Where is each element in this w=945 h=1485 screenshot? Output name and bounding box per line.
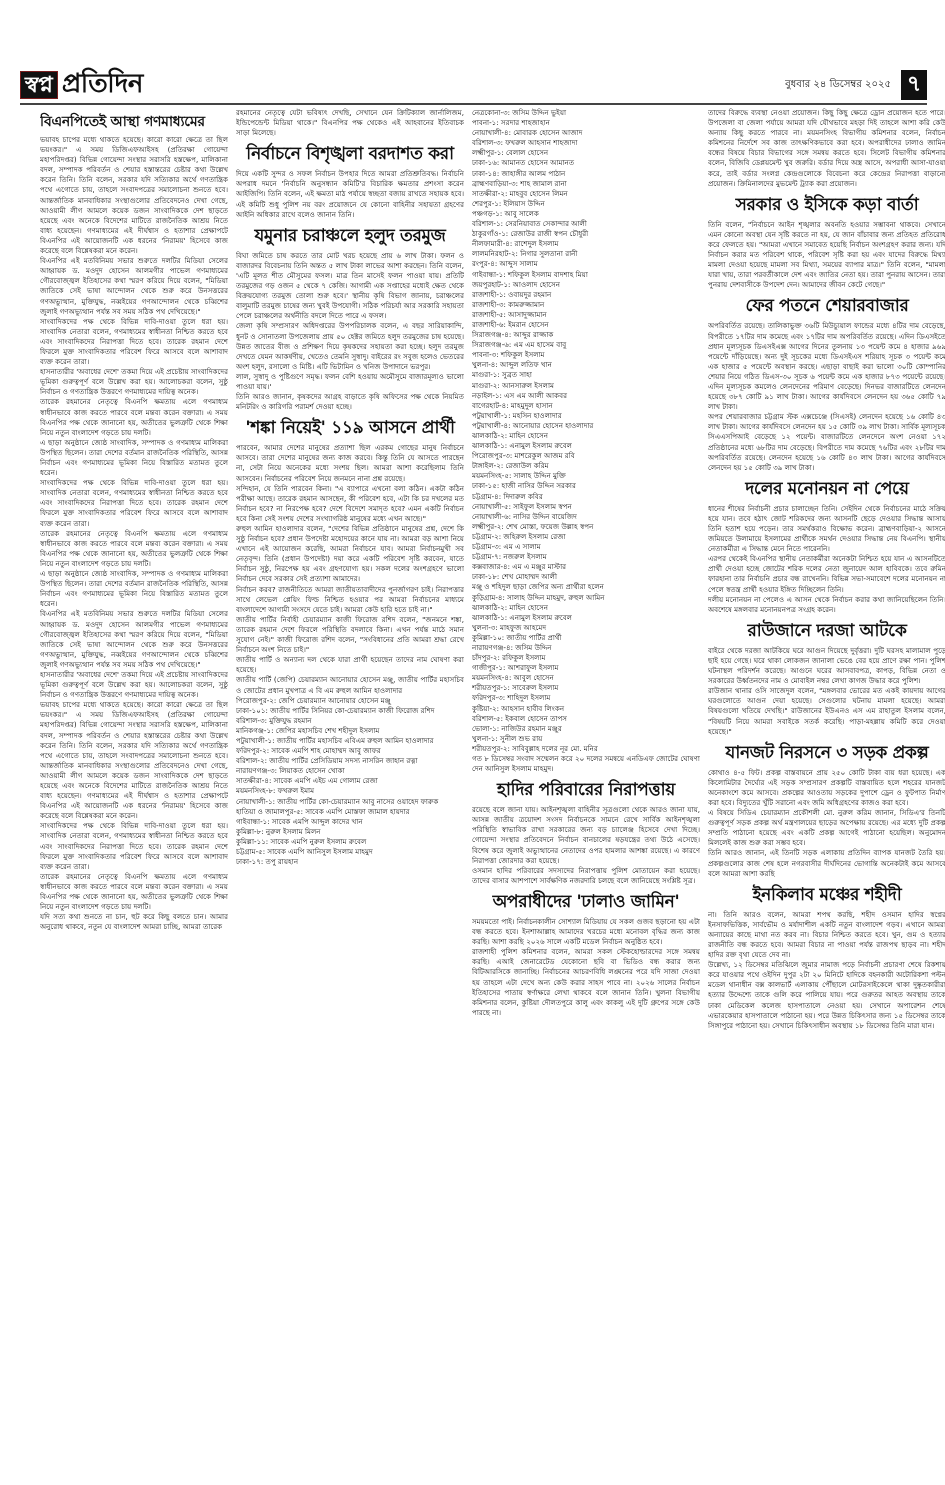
candidate-entry: পটুয়াখালী-৪: আনোয়ার হোসেন হাওলাদার bbox=[472, 421, 700, 431]
candidate-entry: গাইবান্ধা-১: শফিকুল ইসলাম বাদশাহ মিয়া bbox=[472, 270, 700, 280]
article-paragraph: গত ৮ ডিসেম্বর সংবাদ সম্মেলন করে ২০ দলের … bbox=[472, 754, 700, 774]
candidate-entry: কুমিল্লা-৮: নুরুল ইসলাম মিলন bbox=[236, 827, 464, 837]
candidate-entry: কক্সবাজার-৪: এম এ মঞ্জুর মাস্টার bbox=[472, 562, 700, 572]
candidate-entry: রাজশাহী-৫: আসাদুজ্জামান bbox=[472, 310, 700, 320]
candidate-entry: চট্টগ্রাম-৭: নজরুল ইসলাম bbox=[472, 552, 700, 562]
candidate-entry: সিরাজগঞ্জ-৪: আব্দুর রাজ্জাক bbox=[472, 330, 700, 340]
headline-raozan: রাউজানে দরজা আটকে bbox=[708, 619, 945, 643]
candidate-entry: মঞ্জু ও শহিদুল ছাড়া জেপির অন্য প্রার্থী… bbox=[472, 582, 700, 592]
candidate-entry: ঠাকুরগাঁও-১: রেজাউর রাজী স্বপন চৌধুরী bbox=[472, 229, 700, 239]
candidate-entry: পটুয়াখালী-১: মহসিন হাওলাদার bbox=[472, 411, 700, 421]
article-paragraph: বাইরে থেকে দরজা আটকিয়ে ঘরে আগুন দিয়েছে… bbox=[708, 646, 945, 686]
candidate-entry: বাগেরহাট-৪: মাহমুদুল হাসান bbox=[472, 401, 700, 411]
article-paragraph: তারেক রহমানের নেতৃত্বে বিএনপি ক্ষমতায় এ… bbox=[40, 397, 228, 437]
article-paragraph: তারেক রহমানের নেতৃত্বে বিএনপি ক্ষমতায় এ… bbox=[40, 529, 228, 569]
headline-inqilab-mancha: ইনকিলাব মঞ্চের শহীদী bbox=[708, 883, 945, 907]
article-paragraph: হাসনাতারীর 'অবাধের দেশে' তকমা দিয়ে এই প… bbox=[40, 670, 228, 700]
article-paragraph: রয়েছে বলে জানা যায়। আইনশৃঙ্খলা বাহিনীর… bbox=[472, 805, 700, 866]
candidate-entry: ফরিদপুর-২: সাবেক এমপি শাহ মোহাম্মদ আবু জ… bbox=[236, 746, 464, 756]
candidate-entry: শরীয়তপুর-১: সাবেরুল ইসলাম bbox=[472, 683, 700, 693]
headline-hadi-family-security: হাদির পরিবারের নিরাপত্তায় bbox=[472, 778, 700, 802]
candidate-entry: রাজশাহী-১: ওবায়দুর রহমান bbox=[472, 290, 700, 300]
article-paragraph: ভয়াবহ চাপের মধ্যে থাকতে হয়েছে। কারো কা… bbox=[40, 700, 228, 821]
article-paragraph: বিএনপির এই মতবিনিময় সভার শুরুতে দলটির ম… bbox=[40, 609, 228, 670]
candidate-entry: মানিকগঞ্জ-১: জেপির মহাসচিব শেখ শহীদুল ইস… bbox=[236, 726, 464, 736]
candidate-entry: নেত্রকোনা-৩: জসিম উদ্দিন ভুইয়া bbox=[472, 108, 700, 118]
candidate-entry: ঢাকা-১৮: শেখ মোহাম্মদ আলী bbox=[472, 572, 700, 582]
column-3: নেত্রকোনা-৩: জসিম উদ্দিন ভুইয়া পাবনা-১:… bbox=[472, 108, 700, 1415]
candidate-entry: পাবনা-১: সরদার শাহজাহান bbox=[472, 118, 700, 128]
page-columns: বিএনপিতেই আস্থা গণমাধ্যমের ভয়াবহ চাপের … bbox=[40, 108, 935, 1415]
article-paragraph: তিনি আরও জানান, এই তিনটি সড়ক এলাকায় প্… bbox=[708, 848, 945, 878]
candidate-entry: চট্টগ্রাম-২: জহিরুল ইসলাম রেজা bbox=[472, 532, 700, 542]
page-number: ৭ bbox=[901, 70, 927, 100]
candidate-entry: চাঁদপুর-২: রফিকুল ইসলাম bbox=[472, 653, 700, 663]
candidate-entry: নোয়াখালী-৪: মোবারক হোসেন আজাদ bbox=[472, 128, 700, 138]
candidate-entry: নারায়ণগঞ্জ-৪: জসিম উদ্দিন bbox=[472, 643, 700, 653]
candidate-entry: বরিশাল-৩: ফখরুল আহসান শাহজাদা bbox=[472, 138, 700, 148]
candidate-entry: ময়মনসিংহ-৮: ফখরুল ইমাম bbox=[236, 786, 464, 796]
article-paragraph: যদি সত্য কথা শুনতে না চান, হুট করে কিছু … bbox=[40, 912, 228, 932]
article-paragraph: সন্দিহান, যে তিনি পারবেন কিনা। "এ ব্যাপা… bbox=[236, 484, 464, 524]
candidate-entry: নারায়ণগঞ্জ-৩: লিয়াকত হোসেন খোকা bbox=[236, 766, 464, 776]
article-paragraph: রুহুল আমিন হাওলাদার বলেন, "দেশের বিভিন্ন… bbox=[236, 524, 464, 585]
article-paragraph: লাল, সুস্বাদু ও পুষ্টিগুণে সমৃদ্ধ। ফলন ব… bbox=[236, 372, 464, 392]
candidate-entry: মাগুরা-১: সুব্রত সাহা bbox=[472, 370, 700, 380]
article-paragraph: এ ছাড়া অনুষ্ঠানে জ্যেষ্ঠ সাংবাদিক, সম্প… bbox=[40, 569, 228, 609]
article-paragraph: বিঘা জমিতে চাষ করতে তার মোট খরচ হয়েছে প… bbox=[236, 251, 464, 322]
candidate-entry: শেরপুর-১: ইলিয়াস উদ্দিন bbox=[472, 199, 700, 209]
article-paragraph: জাতীয় পার্টি (জেপি) চেয়ারম্যান আনোয়ার… bbox=[236, 675, 464, 695]
candidate-entry: রাজশাহী-৩: কামরুজ্জামান bbox=[472, 300, 700, 310]
candidate-entry: লক্ষ্মীপুর-২: শেখ মোস্তা, ফয়েজ উল্লাহ স… bbox=[472, 522, 700, 532]
article-paragraph: পারবেন, আমার দেশের মানুষের প্রত্যাশা ছিল… bbox=[236, 443, 464, 483]
article-paragraph: তাদের বিরুদ্ধে ব্যবস্থা নেওয়া প্রয়োজন।… bbox=[708, 108, 945, 189]
column-2: রহমানের নেতৃত্বে যেটা ভবিষ্যৎ দেখছি, সেখ… bbox=[236, 108, 464, 1415]
candidate-entry: মাগুরা-২: আনসারুল ইসলাম bbox=[472, 381, 700, 391]
article-paragraph: উল্লেখ্য, ১২ ডিসেম্বর মতিঝিলে জুমার নামা… bbox=[708, 960, 945, 1031]
article-paragraph: জাতীয় পার্টির নির্বাহী চেয়ারম্যান কাজী… bbox=[236, 615, 464, 655]
candidate-entry: ঢাকা-১৫: হাজী নাসির উদ্দিন সরকার bbox=[472, 481, 700, 491]
article-paragraph: সাংবাদিকদের পক্ষ থেকে বিভিন্ন দাবি-দাওয়… bbox=[40, 317, 228, 367]
article-paragraph: দিয়ে একটি সুন্দর ও সফল নির্বাচন উপহার দ… bbox=[236, 169, 464, 219]
column-4: তাদের বিরুদ্ধে ব্যবস্থা নেওয়া প্রয়োজন।… bbox=[708, 108, 945, 1415]
article-paragraph: সাংবাদিকদের পক্ষ থেকে বিভিন্ন দাবি-দাওয়… bbox=[40, 821, 228, 871]
article-paragraph: ধানের শীষের নির্বাচনী প্রচার চালাচ্ছেন ত… bbox=[708, 504, 945, 554]
article-paragraph: সময়মতো পাই। নির্বাচনকালীন সোশ্যাল মিডিয… bbox=[472, 917, 700, 947]
headline-share-market: ফের পতনে শেয়ারবাজার bbox=[708, 294, 945, 318]
candidate-entry: চট্টগ্রাম-৫: সাবেক এমপি আনিসুল ইসলাম মাহ… bbox=[236, 847, 464, 857]
candidate-entry: টাঙ্গাইল-২: রেজাউল করিম bbox=[472, 461, 700, 471]
candidate-entry: পিরোজপুর-২: জেপি চেয়ারম্যান আনোয়ার হোস… bbox=[236, 696, 464, 706]
candidate-entry: রংপুর-৪: আব্দুস সালাম bbox=[472, 259, 700, 269]
article-paragraph: জাতীয় পার্টি ও অন্যান্য দল থেকে যারা প্… bbox=[236, 655, 464, 675]
candidate-list: নেত্রকোনা-৩: জসিম উদ্দিন ভুইয়া পাবনা-১:… bbox=[472, 108, 700, 754]
candidate-entry: হাতিয়া ও জামালপুর-৫: সাবেক এমপি মোস্তফা… bbox=[236, 807, 464, 817]
candidate-entry: নোয়াখালী-৬: নাসির উদ্দিন বায়েজিদ bbox=[472, 512, 700, 522]
issue-info: বুধবার ২৪ ডিসেম্বর ২০২৫ ৭ bbox=[785, 70, 927, 100]
candidate-entry: কুমিল্লা-১১: সাবেক এমপি নুরুল ইসলাম রুবে… bbox=[236, 837, 464, 847]
candidate-entry: বরিশাল-৫: ইকবাল হোসেন তাপস bbox=[472, 714, 700, 724]
article-paragraph: এ ছাড়া অনুষ্ঠানে জ্যেষ্ঠ সাংবাদিক, সম্প… bbox=[40, 438, 228, 478]
candidate-entry: চট্টগ্রাম-৩: এম এ সালাম bbox=[472, 542, 700, 552]
candidate-entry: নীলফামারী-৪: রাশেদুল ইসলাম bbox=[472, 239, 700, 249]
article-paragraph: বিএনপির এই মতবিনিময় সভার শুরুতে দলটির ম… bbox=[40, 256, 228, 317]
candidate-entry: বরিশাল-২: জাতীয় পার্টির প্রেসিডিয়াম সদ… bbox=[236, 756, 464, 766]
candidate-entry: পিরোজপুর-৩: মাশরেকুল আজম রবি bbox=[472, 451, 700, 461]
article-paragraph: তারেক রহমানের নেতৃত্বে বিএনপি ক্ষমতায় এ… bbox=[40, 872, 228, 912]
candidate-entry: বরিশাল-১: সেরনিয়াবাত সেকান্দার আলী bbox=[472, 219, 700, 229]
candidate-entry: চট্টগ্রাম-৪: দিদারুল কবির bbox=[472, 492, 700, 502]
candidate-entry: খুলনা-১: সুনীল শুভ রায় bbox=[472, 734, 700, 744]
candidate-entry: নোয়াখালী-১: জাতীয় পার্টির কো-চেয়ারম্য… bbox=[236, 797, 464, 807]
candidate-entry: পঞ্চগড়-১: আবু সালেক bbox=[472, 209, 700, 219]
candidate-entry: কুমিল্লা-১০: জাতীয় পার্টির প্রার্থী bbox=[472, 633, 700, 643]
candidate-entry: কুষ্টিয়া-২: আহসান হাবীব লিংকন bbox=[472, 704, 700, 714]
candidate-entry: ব্রাহ্মণবাড়িয়া-৩: শাহ জামাল রানা bbox=[472, 179, 700, 189]
article-paragraph: হাসনাতারীর 'অবাধের দেশে' তকমা দিয়ে এই প… bbox=[40, 367, 228, 397]
candidate-entry: জয়পুরহাট-১: আওলাদ হোসেন bbox=[472, 280, 700, 290]
logo-wordmark: প্রতিদিন bbox=[62, 63, 143, 107]
article-paragraph: রহমানের নেতৃত্বে যেটা ভবিষ্যৎ দেখছি, সেখ… bbox=[236, 108, 464, 138]
candidate-entry: বরিশাল-৩: মুক্তিযুদ্ধ রহমান bbox=[236, 716, 464, 726]
article-paragraph: কোথাও ৪-৫ ফিট। প্রকল্প বাস্তবায়নে প্রায… bbox=[708, 768, 945, 808]
candidate-entry: লালমনিরহাট-২: নিগার সুলতানা রানী bbox=[472, 249, 700, 259]
candidate-entry: কুড়িগ্রাম-৪: সালাহ উদ্দিন মাহমুদ, রুহুল… bbox=[472, 593, 700, 603]
candidate-entry: ঢাকা-১৪: জাহাঙ্গীর আলম পাঠান bbox=[472, 169, 700, 179]
candidate-entry: সাতক্ষীরা-৪: সাবেক এমপি এইচ এম গোলাম রেজ… bbox=[236, 776, 464, 786]
candidate-entry: ফরিদপুর-৩: শাহিদুল ইসলাম bbox=[472, 693, 700, 703]
candidate-entry: ঢাকা-১০১: জাতীয় পার্টির সিনিয়র কো-চেয়… bbox=[236, 706, 464, 716]
article-paragraph: না। তিনি আরও বলেন, আমরা শপথ করছি, শহীদ ও… bbox=[708, 910, 945, 960]
article-paragraph: জেলা কৃষি সম্প্রসারণ অধিদপ্তরের উপপরিচাল… bbox=[236, 321, 464, 371]
logo-mark: স্বপ্ন bbox=[20, 71, 58, 99]
article-paragraph: অপরিবর্তিত রয়েছে। তালিকাভুক্ত ৩৬টি মিউচ… bbox=[708, 321, 945, 412]
candidate-entry: রাজশাহী-৬: ইমরান হোসেন bbox=[472, 320, 700, 330]
candidate-entry: গাইবান্ধা-১: সাবেক এমপি আব্দুল কাদের খান bbox=[236, 817, 464, 827]
headline-criminal-bail: অপরাধীদের 'ঢালাও জামিন' bbox=[472, 890, 700, 914]
candidate-entry: শরীয়তপুর-২: সাবিবুল্লাহ দলের নূর মো. মন… bbox=[472, 744, 700, 754]
headline-govt-ec-warning: সরকার ও ইসিকে কড়া বার্তা bbox=[708, 193, 945, 217]
candidate-entry: নড়াইল-১: এস এম আলী আকবর bbox=[472, 391, 700, 401]
article-paragraph: এরপর থেকেই বিএনপির স্থানীয় নেতাকর্মীরা … bbox=[708, 554, 945, 594]
candidate-entry: লক্ষ্মীপুর-১: বেলাল হোসেন bbox=[472, 148, 700, 158]
candidate-entry: পটুয়াখালী-১: জাতীয় পার্টির মহাসচিব এবি… bbox=[236, 736, 464, 746]
article-paragraph: এ বিষয়ে সিডিএ চেয়ারম্যান প্রকৌশলী মো. … bbox=[708, 808, 945, 848]
headline-nomination: দলের মনোনয়ন না পেয়ে bbox=[708, 477, 945, 501]
article-paragraph: সাংবাদিকদের পক্ষ থেকে বিভিন্ন দাবি-দাওয়… bbox=[40, 478, 228, 528]
headline-candidates-fear: 'শঙ্কা নিয়েই' ১১৯ আসনে প্রার্থী bbox=[236, 416, 464, 440]
headline-media-trust: বিএনপিতেই আস্থা গণমাধ্যমের bbox=[40, 112, 228, 132]
candidate-entry: খুলনা-৩: মাহফুজ আহমেদ bbox=[472, 623, 700, 633]
masthead: স্বপ্ন প্রতিদিন বুধবার ২৪ ডিসেম্বর ২০২৫ … bbox=[20, 68, 927, 102]
article-paragraph: নির্বাচন করব? রাজনীতিতে আমরা জাতীয়তাবাদ… bbox=[236, 585, 464, 615]
candidate-entry: পাবনা-৩: শফিকুল ইসলাম bbox=[472, 350, 700, 360]
article-paragraph: তিনি বলেন, "নির্বাচনে আইন শৃঙ্খলার অবনতি… bbox=[708, 220, 945, 291]
candidate-entry: ঝালকাঠি-১: এনামুল ইসলাম রুবেল bbox=[472, 613, 700, 623]
candidate-entry: খুলনা-৪: আব্দুল লতিফ খান bbox=[472, 360, 700, 370]
column-1: বিএনপিতেই আস্থা গণমাধ্যমের ভয়াবহ চাপের … bbox=[40, 108, 228, 1415]
candidate-entry: ঢাকা-১৬: আমানত হোসেন আমানত bbox=[472, 158, 700, 168]
masthead-divider bbox=[20, 103, 927, 105]
newspaper-logo: স্বপ্ন প্রতিদিন bbox=[20, 69, 143, 101]
candidate-entry: গাজীপুর-১: আশরাফুল ইসলাম bbox=[472, 663, 700, 673]
issue-date: বুধবার ২৪ ডিসেম্বর ২০২৫ bbox=[785, 77, 891, 94]
candidate-entry: ময়মনসিংহ-৪: আবুল হোসেন bbox=[472, 673, 700, 683]
article-paragraph: রাউজান থানার ওসি সাজেদুল বলেন, "মঙ্গলবার… bbox=[708, 686, 945, 736]
article-paragraph: রাজশাহী পুলিশ কমিশনার বলেন, আমরা সকল স্ট… bbox=[472, 947, 700, 1018]
candidate-entry: নোয়াখালী-৫: সাইফুল ইসলাম স্বপন bbox=[472, 502, 700, 512]
candidate-entry: ময়মনসিংহ-৫: সালাহ উদ্দিন মুক্তি bbox=[472, 471, 700, 481]
candidate-entry: সিরাজগঞ্জ-৬: এম এম হাসেম বাবু bbox=[472, 340, 700, 350]
headline-yellow-watermelon: যমুনার চরাঞ্চলে হলুদ তরমুজ bbox=[236, 224, 464, 248]
article-paragraph: অপর শেয়ারবাজার চট্টগ্রাম স্টক এক্সচেঞ্জ… bbox=[708, 412, 945, 473]
candidate-entry: ঝালকাঠি-১: এনামুল ইসলাম রুবেল bbox=[472, 441, 700, 451]
headline-traffic-projects: যানজট নিরসনে ৩ সড়ক প্রকল্প bbox=[708, 741, 945, 765]
candidate-entry: ভোলা-১: নাজিউর রহমান মঞ্জুর bbox=[472, 724, 700, 734]
article-paragraph: তিনি আরও জানান, কৃষকদের আগ্রহ বাড়াতে কৃ… bbox=[236, 392, 464, 412]
article-paragraph: ভয়াবহ চাপের মধ্যে থাকতে হয়েছে। কারো কা… bbox=[40, 135, 228, 256]
candidate-entry: সাতক্ষীরা-২: মাহবুব হোসেন লিমন bbox=[472, 189, 700, 199]
article-paragraph: দলীয় মনোনয়ন না পেলেও এ আসন থেকে নির্বা… bbox=[708, 595, 945, 615]
article-paragraph: ওসমান হাদির পরিবারের সদস্যদের নিরাপত্তায… bbox=[472, 866, 700, 886]
headline-election-chaos: নির্বাচনে বিশৃঙ্খলা বরদাশত করা bbox=[236, 142, 464, 166]
candidate-entry: ঝালকাঠি-২: মাহিন হোসেন bbox=[472, 603, 700, 613]
candidate-entry: ঝালকাঠি-২: মাহিন হোসেন bbox=[472, 431, 700, 441]
candidate-entry: ঢাকা-১৭: তপু রায়হান bbox=[236, 857, 464, 867]
